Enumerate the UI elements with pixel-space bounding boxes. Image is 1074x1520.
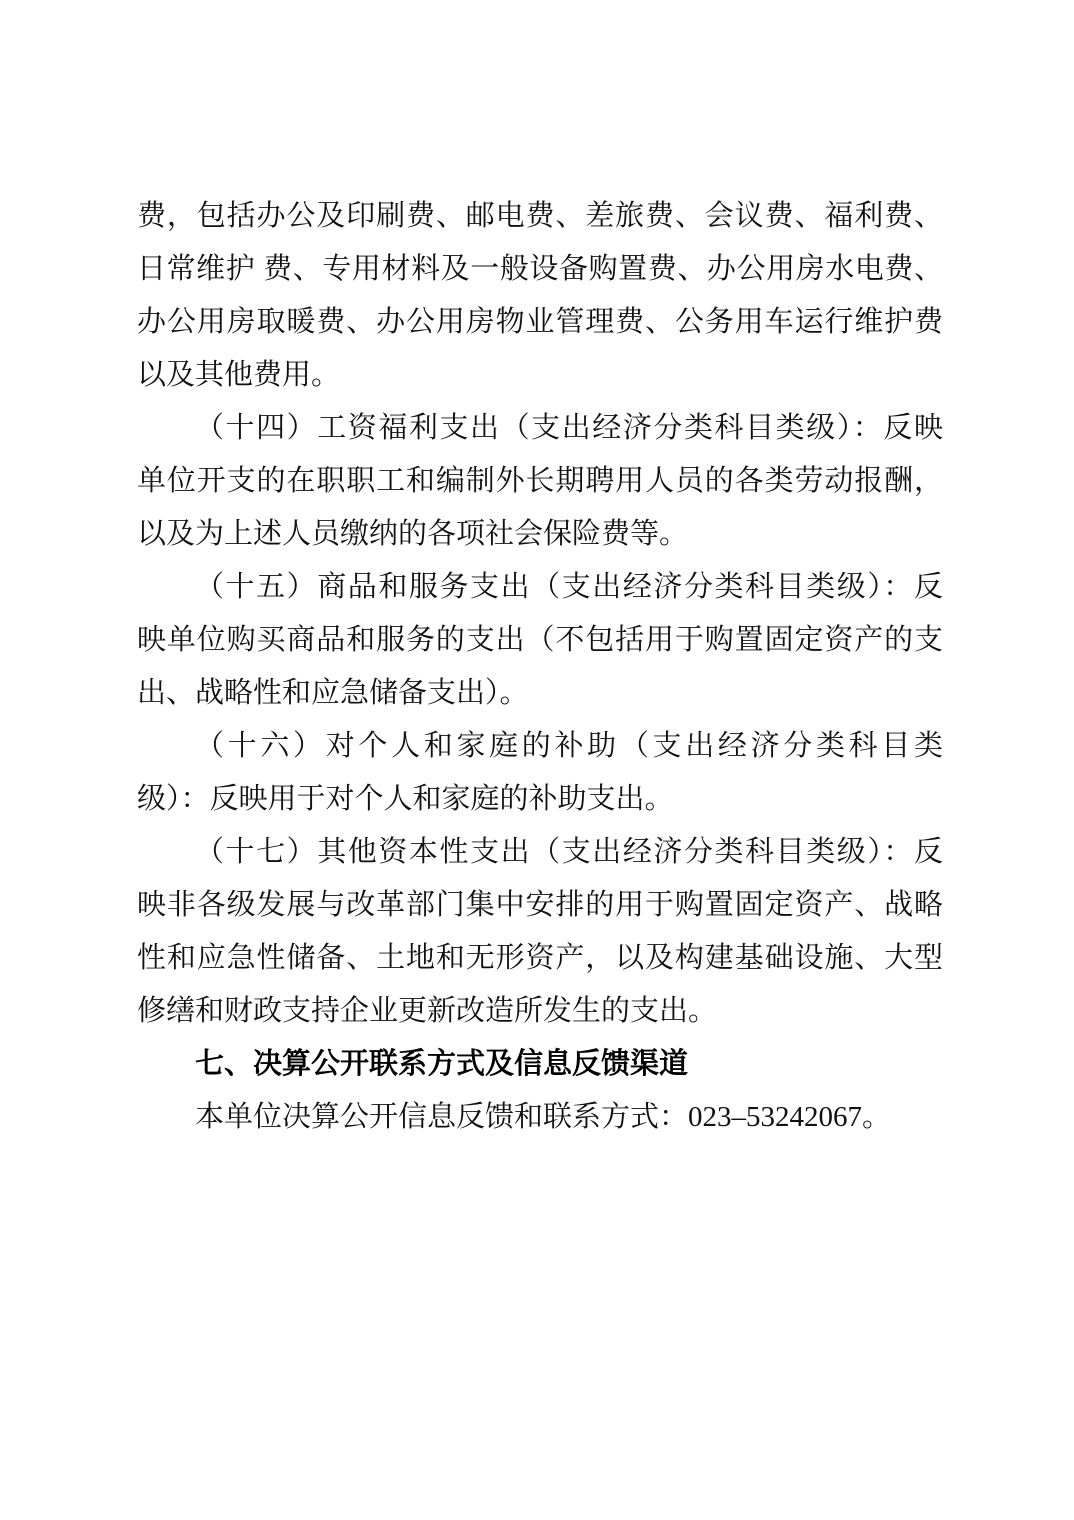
paragraph-contact-info: 本单位决算公开信息反馈和联系方式：023–53242067。 (137, 1091, 943, 1144)
text-line: 修缮和财政支持企业更新改造所发生的支出。 (137, 985, 943, 1038)
text-line: （十四）工资福利支出（支出经济分类科目类级）：反映 (137, 402, 943, 455)
text-line: （十六）对个人和家庭的补助（支出经济分类科目类 (137, 720, 943, 773)
text-line: 以及为上述人员缴纳的各项社会保险费等。 (137, 508, 943, 561)
contact-line: 本单位决算公开信息反馈和联系方式：023–53242067。 (137, 1091, 943, 1144)
text-line: 出、战略性和应急储备支出）。 (137, 667, 943, 720)
paragraph-item-15-goods-services: （十五）商品和服务支出（支出经济分类科目类级）：反 映单位购买商品和服务的支出（… (137, 561, 943, 720)
text-line: 以及其他费用。 (137, 349, 943, 402)
paragraph-expense-items-continued: 费，包括办公及印刷费、邮电费、差旅费、会议费、福利费、 日常维护 费、专用材料及… (137, 190, 943, 402)
text-line: （十七）其他资本性支出（支出经济分类科目类级）：反 (137, 826, 943, 879)
text-line: 办公用房取暖费、办公用房物业管理费、公务用车运行维护费 (137, 296, 943, 349)
text-line: 日常维护 费、专用材料及一般设备购置费、办公用房水电费、 (137, 243, 943, 296)
section-7-heading: 七、决算公开联系方式及信息反馈渠道 (137, 1038, 943, 1091)
document-body: 费，包括办公及印刷费、邮电费、差旅费、会议费、福利费、 日常维护 费、专用材料及… (137, 190, 943, 1144)
text-line: 映单位购买商品和服务的支出（不包括用于购置固定资产的支 (137, 614, 943, 667)
paragraph-item-16-individual-family-subsidy: （十六）对个人和家庭的补助（支出经济分类科目类 级）：反映用于对个人和家庭的补助… (137, 720, 943, 826)
text-line: 费，包括办公及印刷费、邮电费、差旅费、会议费、福利费、 (137, 190, 943, 243)
paragraph-item-14-wage-benefits: （十四）工资福利支出（支出经济分类科目类级）：反映 单位开支的在职职工和编制外长… (137, 402, 943, 561)
text-line: 性和应急性储备、土地和无形资产，以及构建基础设施、大型 (137, 932, 943, 985)
text-line: 单位开支的在职职工和编制外长期聘用人员的各类劳动报酬， (137, 455, 943, 508)
text-line: 映非各级发展与改革部门集中安排的用于购置固定资产、战略 (137, 879, 943, 932)
text-line: 级）：反映用于对个人和家庭的补助支出。 (137, 773, 943, 826)
paragraph-item-17-other-capital: （十七）其他资本性支出（支出经济分类科目类级）：反 映非各级发展与改革部门集中安… (137, 826, 943, 1038)
text-line: （十五）商品和服务支出（支出经济分类科目类级）：反 (137, 561, 943, 614)
document-page: 费，包括办公及印刷费、邮电费、差旅费、会议费、福利费、 日常维护 费、专用材料及… (0, 0, 1074, 1520)
